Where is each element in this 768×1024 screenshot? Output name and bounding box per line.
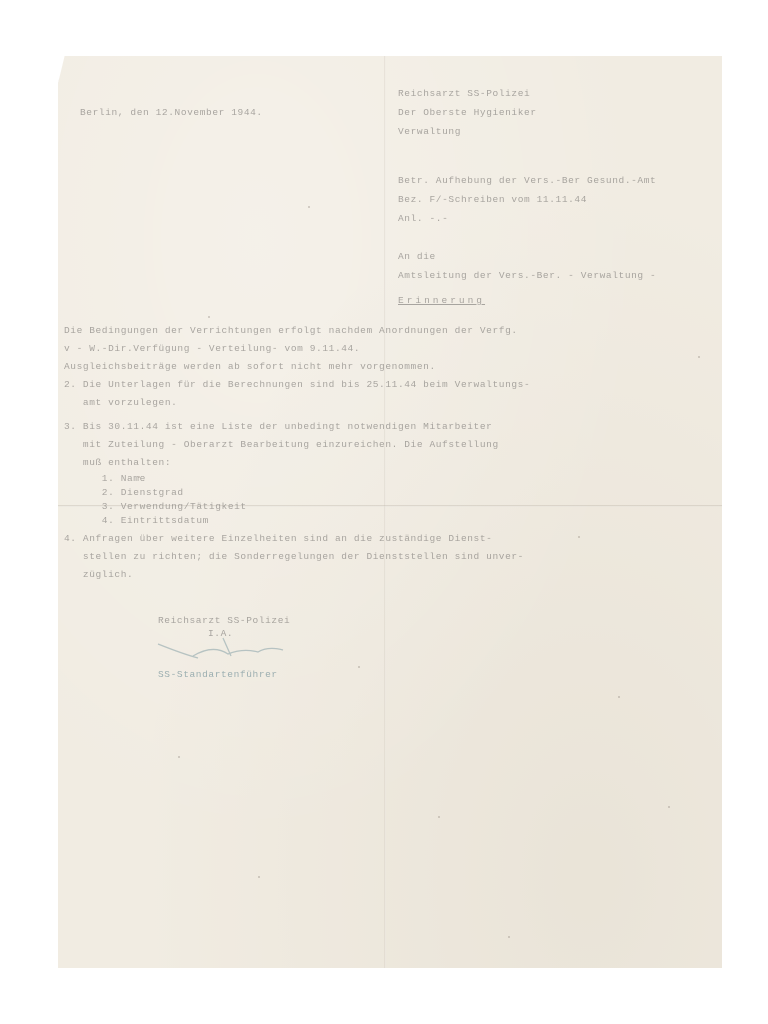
paper-speck (438, 816, 440, 818)
paper-speck (258, 876, 260, 878)
body-line: mit Zuteilung - Oberarzt Bearbeitung ein… (64, 440, 499, 450)
paper-speck (508, 936, 510, 938)
body-line: 4. Anfragen über weitere Einzelheiten si… (64, 534, 492, 544)
letterhead-line-3: Verwaltung (398, 127, 461, 137)
paper-speck (578, 536, 580, 538)
addressee-line-1: An die (398, 252, 436, 262)
body-line: amt vorzulegen. (64, 398, 177, 408)
body-line: 4. Eintrittsdatum (64, 516, 209, 526)
body-line: muß enthalten: (64, 458, 171, 468)
reference-bez: Bez. F/-Schreiben vom 11.11.44 (398, 195, 587, 205)
place-date: Berlin, den 12.November 1944. (80, 108, 263, 118)
body-line: 1. Name (64, 474, 146, 484)
paper-speck (138, 476, 140, 478)
body-line: Die Bedingungen der Verrichtungen erfolg… (64, 326, 518, 336)
addressee-line-2: Amtsleitung der Vers.-Ber. - Verwaltung … (398, 271, 656, 281)
body-line: v - W.-Dir.Verfügung - Verteilung- vom 9… (64, 344, 360, 354)
letterhead-line-2: Der Oberste Hygieniker (398, 108, 537, 118)
letter-heading: Erinnerung (398, 296, 485, 306)
body-line: 3. Verwendung/Tätigkeit (64, 502, 247, 512)
paper-speck (698, 356, 700, 358)
paper-speck (358, 666, 360, 668)
paper-speck (208, 316, 210, 318)
paper-speck (308, 206, 310, 208)
handwritten-signature (153, 636, 293, 666)
document-sheet: Reichsarzt SS-Polizei Der Oberste Hygien… (58, 56, 722, 968)
body-line: züglich. (64, 570, 133, 580)
paper-speck (178, 756, 180, 758)
body-line: 3. Bis 30.11.44 ist eine Liste der unbed… (64, 422, 492, 432)
paper-speck (618, 696, 620, 698)
paper-speck (668, 806, 670, 808)
letterhead-line-1: Reichsarzt SS-Polizei (398, 89, 530, 99)
body-line: 2. Die Unterlagen für die Berechnungen s… (64, 380, 530, 390)
signature-rank: SS-Standartenführer (158, 670, 278, 680)
body-line: stellen zu richten; die Sonderregelungen… (64, 552, 524, 562)
reference-subject: Betr. Aufhebung der Vers.-Ber Gesund.-Am… (398, 176, 656, 186)
body-line: Ausgleichsbeiträge werden ab sofort nich… (64, 362, 436, 372)
reference-anl: Anl. -.- (398, 214, 448, 224)
body-line: 2. Dienstgrad (64, 488, 184, 498)
signature-org: Reichsarzt SS-Polizei (158, 616, 290, 626)
vertical-fold-line (384, 56, 386, 968)
